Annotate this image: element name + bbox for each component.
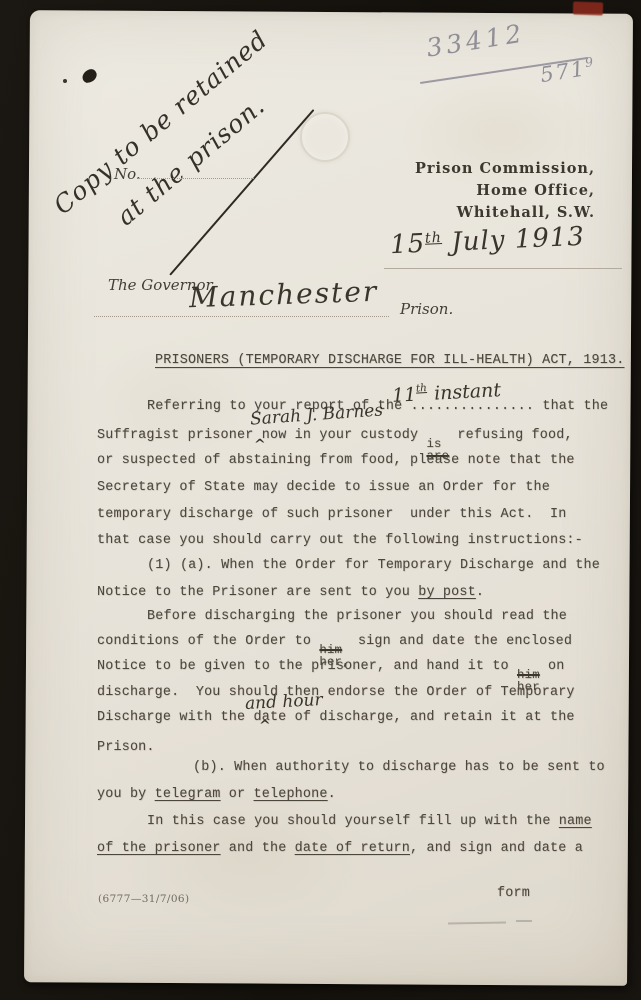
underlined-telephone: telephone [254, 787, 328, 802]
body-line: of the prisoner and the date of return, … [97, 841, 583, 856]
body-line: (1) (a). When the Order for Temporary Di… [147, 558, 600, 573]
handwritten-and-hour: and hour [245, 690, 324, 714]
body-line: you by telegram or telephone. [97, 787, 336, 802]
letterhead-line2: Home Office, [415, 180, 595, 202]
underlined-date-of-return: date of return [295, 841, 410, 856]
prison-name-rule [94, 316, 389, 317]
pencil-dash [516, 920, 532, 922]
body-line: discharge. You should then endorse the O… [97, 685, 575, 700]
body-line: or suspected of abstaining from food, pl… [97, 453, 575, 468]
date-rule [384, 268, 622, 269]
underlined-telegram: telegram [155, 787, 221, 802]
pencil-superscript: 9 [584, 54, 596, 70]
handwritten-prison-name: Manchester [188, 275, 378, 315]
scanned-letter-page: 33412 5719 Copy to be retained at the pr… [0, 0, 641, 1000]
body-line: temporary discharge of such prisoner und… [97, 507, 566, 522]
date-ordinal-suffix: th [425, 230, 443, 247]
underlined-by-post: by post [418, 585, 476, 600]
body-line: (b). When authority to discharge has to … [193, 760, 605, 775]
body-line: Prison. [97, 740, 155, 755]
body-line: Notice to the Prisoner are sent to you b… [97, 585, 484, 600]
print-reference: (6777—31/7/06) [98, 893, 190, 905]
letterhead-line3: Whitehall, S.W. [415, 202, 595, 224]
body-line: In this case you should yourself fill up… [147, 814, 592, 829]
body-line: Secretary of State may decide to issue a… [97, 480, 550, 495]
body-line: Before discharging the prisoner you shou… [147, 609, 567, 624]
insertion-caret: ^ [254, 437, 266, 453]
no-field-rule [138, 178, 254, 179]
report-day-ordinal: th [416, 382, 428, 395]
red-corner-mark [573, 1, 603, 15]
underlined-of-the-prisoner: of the prisoner [97, 841, 221, 856]
ink-dot [63, 79, 67, 83]
body-line: Discharge with the date of discharge, an… [97, 710, 575, 725]
insertion-caret: ^ [259, 718, 271, 734]
no-field-label: No. [114, 165, 141, 183]
letterhead-address: Prison Commission, Home Office, Whitehal… [415, 158, 595, 224]
prison-word: Prison. [400, 300, 453, 318]
underlined-name: name [559, 814, 592, 829]
form-catchword: form [497, 886, 530, 901]
document-heading: PRISONERS (TEMPORARY DISCHARGE FOR ILL-H… [155, 353, 624, 368]
letterhead-line1: Prison Commission, [415, 158, 595, 180]
body-line: that case you should carry out the follo… [97, 533, 583, 548]
